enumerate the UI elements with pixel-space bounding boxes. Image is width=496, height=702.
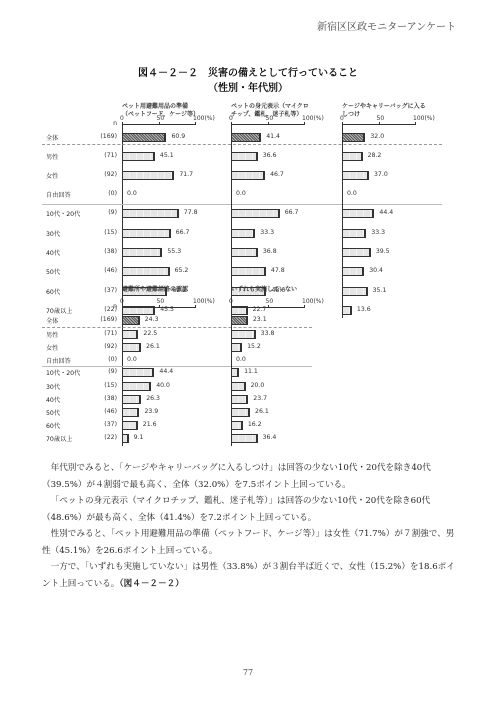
bar: [231, 316, 248, 325]
axis-tick-mark: [268, 305, 269, 308]
bar-value-label: 24.3: [145, 316, 159, 323]
bar-value-label: 9.1: [134, 434, 144, 441]
bar: [122, 248, 162, 257]
bar-value-label: 33.8: [261, 330, 275, 337]
bar: [122, 133, 166, 142]
row-n-count: (0): [87, 190, 117, 197]
bar: [342, 133, 365, 142]
row-label: 70歳以上: [46, 434, 72, 443]
bar-value-label: 15.2: [247, 343, 261, 350]
bar-value-label: 33.3: [371, 229, 385, 236]
bar-value-label: 36.8: [263, 248, 277, 255]
row-n-count: (71): [87, 152, 117, 159]
row-n-count: (15): [87, 229, 117, 236]
bar-value-label: 45.1: [160, 152, 174, 159]
bar: [231, 267, 266, 276]
bar: [122, 229, 171, 238]
bar: [231, 343, 242, 352]
bar-value-label: 40.0: [156, 382, 170, 389]
bar-value-label: 28.2: [368, 152, 382, 159]
bar: [342, 209, 374, 218]
row-label: 50代: [46, 408, 60, 417]
row-n-count: (9): [87, 368, 117, 375]
row-n-count: (9): [87, 209, 117, 216]
bar-value-label: 16.2: [248, 421, 262, 428]
bar: [122, 171, 174, 180]
bar: [122, 343, 141, 352]
row-label: 全体: [46, 133, 58, 142]
bar: [342, 152, 363, 161]
bar-value-label: 44.4: [159, 368, 173, 375]
row-label: 60代: [46, 287, 60, 296]
bar-value-label: 23.7: [253, 395, 267, 402]
row-n-count: (71): [87, 330, 117, 337]
bar-value-label: 33.3: [260, 229, 274, 236]
bar: [122, 434, 129, 443]
row-label: 10代・20代: [46, 368, 80, 377]
axis-tick-label: 100(%): [302, 115, 324, 122]
bar: [231, 152, 258, 161]
bar: [342, 287, 368, 296]
paragraph-gender-none: 一方で、「いずれも実施していない」は男性（33.8%）が３割台半ば近くで、女性（…: [42, 559, 462, 592]
body-text: 年代別でみると、「ケージやキャリーバッグに入るしつけ」は回答の少ない10代・20…: [42, 460, 462, 592]
bar-value-label: 35.1: [373, 287, 387, 294]
bar-value-label: 44.4: [379, 209, 393, 216]
axis-tick-label: 50: [377, 115, 385, 122]
bar-value-label: 11.1: [244, 368, 258, 375]
bar-value-label: 26.1: [146, 343, 160, 350]
panel-title: ペット用避難用品の準備: [122, 103, 188, 111]
axis-tick-label: 100(%): [193, 298, 215, 305]
axis-tick-label: 0: [120, 115, 124, 122]
axis-tick-label: 100(%): [193, 115, 215, 122]
bar: [231, 395, 248, 404]
axis-tick-mark: [268, 122, 269, 125]
axis-tick-mark: [304, 305, 305, 308]
bar-value-label: 21.6: [143, 421, 157, 428]
row-n-count: (169): [87, 316, 117, 323]
bar-value-label: 20.0: [251, 382, 265, 389]
bar: [342, 248, 371, 257]
axis-tick-label: 50: [266, 298, 274, 305]
row-label: 10代・20代: [46, 209, 80, 218]
paragraph-age-cage-training: 年代別でみると、「ケージやキャリーバッグに入るしつけ」は回答の少ない10代・20…: [42, 460, 462, 493]
bar: [231, 368, 239, 377]
bar: [342, 306, 352, 315]
row-n-count: (37): [87, 421, 117, 428]
bar-value-label: 22.5: [143, 330, 157, 337]
row-n-count: (0): [87, 356, 117, 363]
axis-tick-label: 0: [340, 115, 344, 122]
bar-value-label: 0.0: [347, 190, 357, 197]
axis-tick-mark: [159, 122, 160, 125]
row-n-count: (15): [87, 382, 117, 389]
axis-tick-label: 50: [157, 298, 165, 305]
row-label: 60代: [46, 421, 60, 430]
axis-tick-label: 0: [229, 115, 233, 122]
bar: [231, 248, 258, 257]
bar-value-label: 60.9: [171, 133, 185, 140]
axis-tick-mark: [195, 305, 196, 308]
axis-tick-label: 50: [266, 115, 274, 122]
axis-tick-mark: [304, 122, 305, 125]
bar-value-label: 47.8: [271, 267, 285, 274]
row-label: 女性: [46, 171, 58, 180]
row-n-count: (22): [87, 434, 117, 441]
axis-tick-mark: [159, 305, 160, 308]
row-label: 40代: [46, 248, 60, 257]
row-label: 40代: [46, 395, 60, 404]
bar: [231, 133, 261, 142]
bar: [231, 330, 256, 339]
bar: [231, 209, 280, 218]
bar: [231, 434, 258, 443]
axis-tick-mark: [379, 122, 380, 125]
row-n-count: (169): [87, 133, 117, 140]
bar: [122, 267, 170, 276]
bar: [122, 408, 139, 417]
figure-title: 図４－２－２ 災害の備えとして行っていること: [0, 64, 496, 79]
row-n-count: (92): [87, 171, 117, 178]
bar: [122, 152, 155, 161]
row-label: 30代: [46, 382, 60, 391]
bar-value-label: 23.1: [253, 316, 267, 323]
row-divider-dashed: [42, 327, 312, 328]
bar-value-label: 46.7: [270, 171, 284, 178]
bar-value-label: 26.1: [255, 408, 269, 415]
axis-tick-label: 0: [120, 298, 124, 305]
axis-tick-label: 100(%): [413, 115, 435, 122]
bar: [231, 171, 265, 180]
panel-title: いずれも実施していない: [231, 286, 297, 294]
row-label: 自由回答: [46, 356, 71, 365]
bar: [231, 382, 246, 391]
bar-value-label: 77.8: [184, 209, 198, 216]
n-header: n: [87, 303, 117, 310]
bar: [122, 382, 151, 391]
axis-tick-mark: [195, 122, 196, 125]
axis-tick-mark: [415, 122, 416, 125]
row-divider-solid: [42, 204, 442, 205]
bar-value-label: 0.0: [236, 190, 246, 197]
bar-value-label: 36.4: [263, 434, 277, 441]
row-label: 女性: [46, 343, 58, 352]
bar: [342, 229, 366, 238]
row-label: 男性: [46, 152, 58, 161]
bar-value-label: 66.7: [285, 209, 299, 216]
row-n-count: (46): [87, 408, 117, 415]
row-divider-dashed: [42, 144, 442, 145]
panel-title: 避難所や避難経路の確認: [122, 286, 188, 294]
document-header-title: 新宿区区政モニターアンケート: [317, 18, 456, 33]
bar: [122, 421, 138, 430]
axis-tick-label: 100(%): [302, 298, 324, 305]
bar-value-label: 0.0: [127, 356, 137, 363]
bar: [122, 316, 140, 325]
bar-value-label: 13.6: [357, 306, 371, 313]
bar-value-label: 36.6: [263, 152, 277, 159]
row-label: 全体: [46, 316, 58, 325]
figure-subtitle: （性別・年代別）: [0, 79, 496, 94]
bar: [231, 229, 255, 238]
n-header: n: [87, 120, 117, 127]
bar-value-label: 66.7: [176, 229, 190, 236]
row-n-count: (38): [87, 395, 117, 402]
figure-reference: （図４－２－２）: [119, 579, 183, 589]
bar: [342, 171, 369, 180]
bar: [342, 267, 364, 276]
row-label: 自由回答: [46, 190, 71, 199]
bar-value-label: 0.0: [127, 190, 137, 197]
panel-title: ケージやキャリーバッグに入る: [342, 103, 426, 111]
bar-value-label: 41.4: [266, 133, 280, 140]
bar-value-label: 71.7: [179, 171, 193, 178]
bar: [231, 408, 250, 417]
row-n-count: (38): [87, 248, 117, 255]
bar: [122, 368, 154, 377]
bar-value-label: 39.5: [376, 248, 390, 255]
bar-value-label: 55.3: [167, 248, 181, 255]
bar-value-label: 37.0: [374, 171, 388, 178]
row-label: 50代: [46, 267, 60, 276]
row-label: 70歳以上: [46, 306, 72, 315]
bar-value-label: 26.3: [146, 395, 160, 402]
bar-value-label: 0.0: [236, 356, 246, 363]
panel-title: ペットの身元表示（マイクロ: [231, 103, 309, 111]
paragraph-none-text: 一方で、「いずれも実施していない」は男性（33.8%）が３割台半ば近くで、女性（…: [42, 562, 455, 589]
row-divider-solid: [42, 366, 312, 367]
bar-value-label: 23.9: [144, 408, 158, 415]
row-n-count: (92): [87, 343, 117, 350]
axis-tick-label: 0: [229, 298, 233, 305]
panel-title-line2: しつけ: [342, 111, 360, 119]
axis-tick-label: 50: [157, 115, 165, 122]
paragraph-age-pet-id: 「ペットの身元表示（マイクロチップ、鑑札、迷子札等）」は回答の少ない10代・20…: [42, 493, 462, 526]
bar: [231, 421, 243, 430]
bar-value-label: 32.0: [370, 133, 384, 140]
bar: [122, 330, 138, 339]
row-n-count: (46): [87, 267, 117, 274]
row-label: 男性: [46, 330, 58, 339]
row-label: 30代: [46, 229, 60, 238]
bar: [122, 209, 179, 218]
bar-value-label: 65.2: [175, 267, 189, 274]
bar: [122, 395, 141, 404]
page-number: 77: [0, 668, 496, 677]
bar-value-label: 30.4: [369, 267, 383, 274]
row-n-count: (37): [87, 287, 117, 294]
paragraph-gender-supplies: 性別でみると、「ペット用避難用品の準備（ペットフード、ケージ等）」は女性（71.…: [42, 526, 462, 559]
